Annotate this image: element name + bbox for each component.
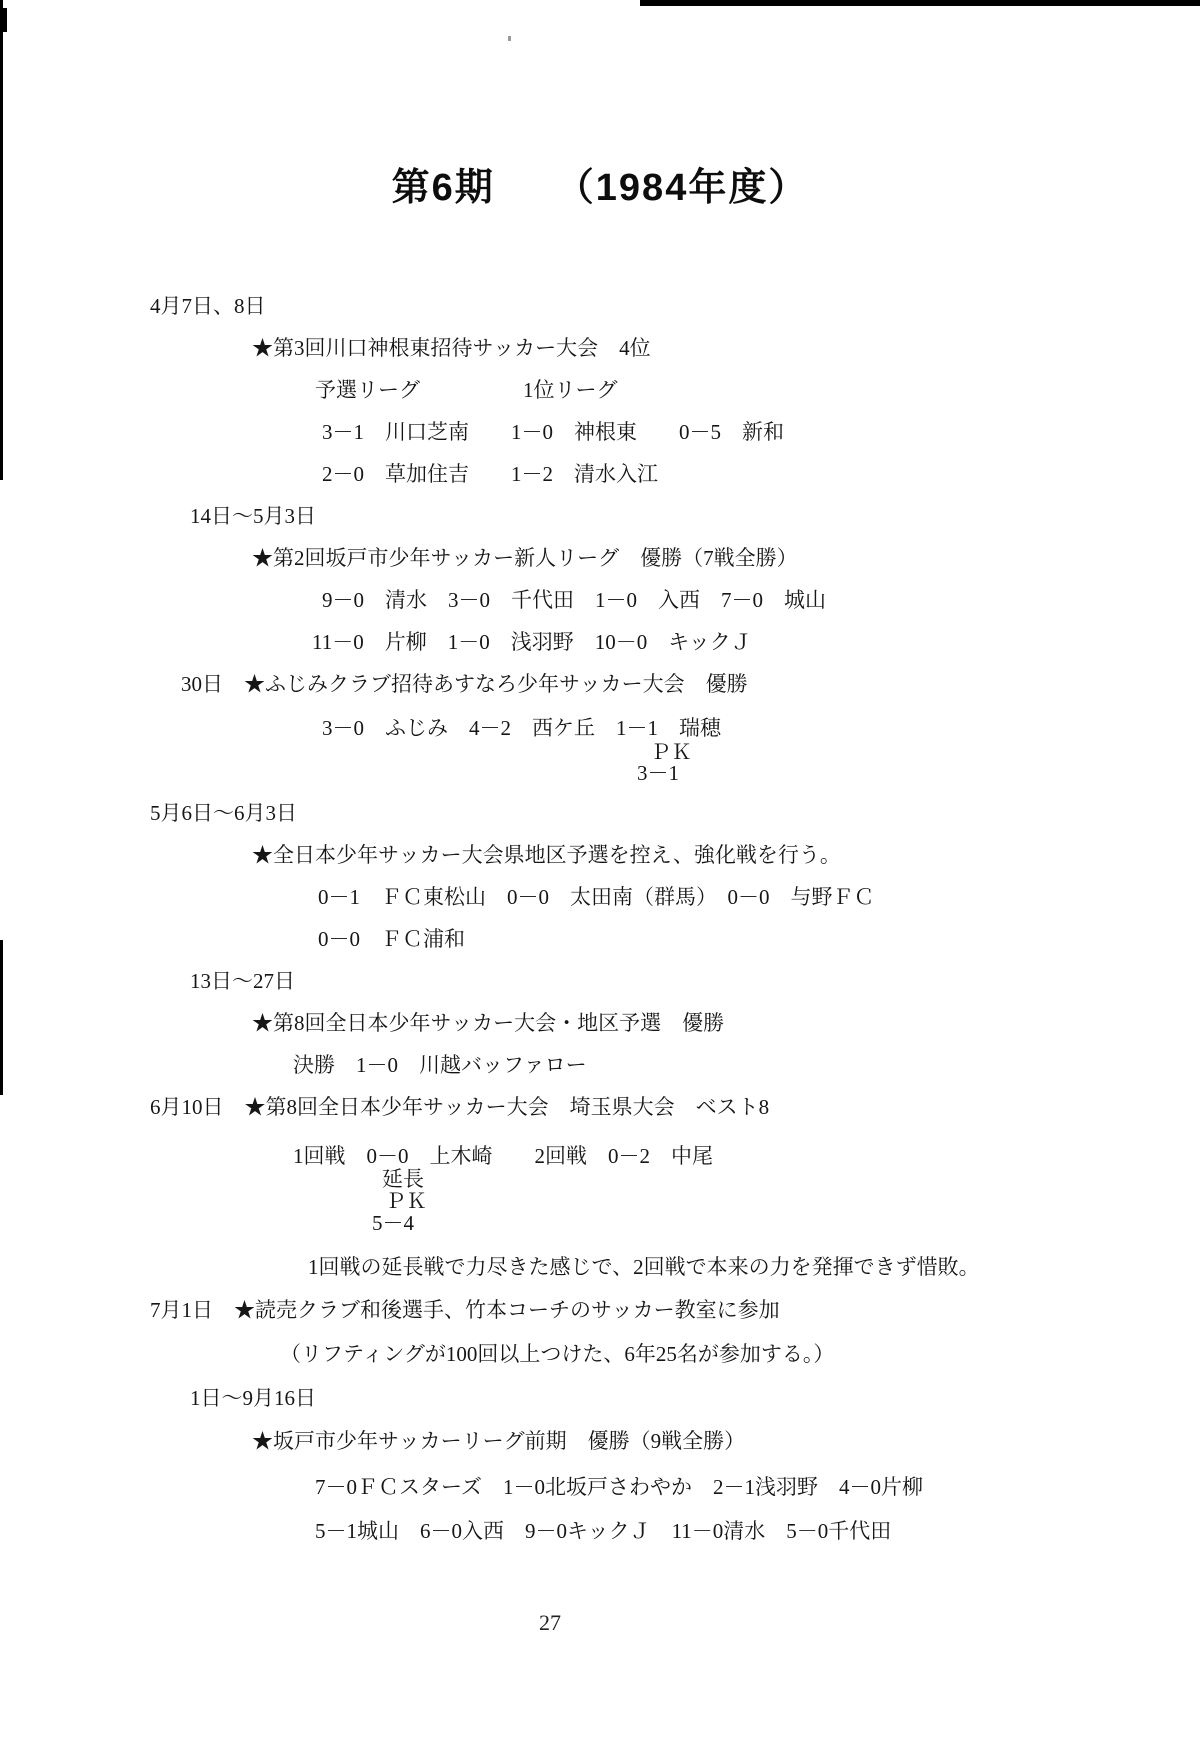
score-line: 3－0 ふじみ 4－2 西ケ丘 1－1 瑞穂 <box>322 715 721 741</box>
page-title: 第6期 （1984年度） <box>0 156 1200 211</box>
score-line: 0－0 ＦＣ浦和 <box>318 926 465 952</box>
pk-score: 5－4 <box>372 1210 414 1236</box>
score-line: 7－0ＦＣスターズ 1－0北坂戸さわやか 2－1浅羽野 4－0片柳 <box>315 1474 923 1500</box>
scan-artifact-left-bar-top <box>0 0 3 480</box>
page-number: 27 <box>515 1610 585 1636</box>
scan-artifact-top-bar <box>640 0 1200 6</box>
scan-artifact-left-bar-bottom <box>0 940 3 1095</box>
league-label-preliminary: 予選リーグ <box>315 377 420 403</box>
date-line: 1日～9月16日 <box>190 1385 316 1411</box>
pk-score: 3－1 <box>637 760 679 786</box>
event-line: ★第3回川口神根東招待サッカー大会 4位 <box>252 335 651 361</box>
date-line: 5月6日～6月3日 <box>150 800 297 826</box>
event-line: ★第2回坂戸市少年サッカー新人リーグ 優勝（7戦全勝） <box>252 545 798 571</box>
date-line: 4月7日、8日 <box>150 293 266 319</box>
score-line: 3－1 川口芝南 1－0 神根東 0－5 新和 <box>322 419 784 445</box>
score-line: 5－1城山 6－0入西 9－0キックＪ 11－0清水 5－0千代田 <box>315 1518 891 1544</box>
scan-artifact-left-nub <box>0 8 7 32</box>
event-line: ★第8回全日本少年サッカー大会・地区予選 優勝 <box>252 1010 724 1036</box>
score-line: 11－0 片柳 1－0 浅羽野 10－0 キックＪ <box>312 629 752 655</box>
document-page: 第6期 （1984年度） 4月7日、8日 ★第3回川口神根東招待サッカー大会 4… <box>0 0 1200 1746</box>
event-line: 30日 ★ふじみクラブ招待あすなろ少年サッカー大会 優勝 <box>181 671 748 697</box>
date-line: 13日～27日 <box>190 968 295 994</box>
event-line: 6月10日 ★第8回全日本少年サッカー大会 埼玉県大会 ベスト8 <box>150 1094 769 1120</box>
league-label-first-place: 1位リーグ <box>523 377 618 403</box>
scan-speck <box>508 36 511 41</box>
score-line: 決勝 1－0 川越バッファロー <box>293 1052 587 1078</box>
note-line: 1回戦の延長戦で力尽きた感じで、2回戦で本来の力を発揮できず惜敗。 <box>308 1254 980 1280</box>
score-line: 2－0 草加住吉 1－2 清水入江 <box>322 461 658 487</box>
event-line: ★坂戸市少年サッカーリーグ前期 優勝（9戦全勝） <box>252 1428 745 1454</box>
score-line: 0－1 ＦＣ東松山 0－0 太田南（群馬） 0－0 与野ＦＣ <box>318 884 875 910</box>
score-line: 1回戦 0－0 上木崎 2回戦 0－2 中尾 <box>293 1143 713 1169</box>
event-line: ★全日本少年サッカー大会県地区予選を控え、強化戦を行う。 <box>252 842 841 868</box>
date-line: 14日～5月3日 <box>190 503 316 529</box>
note-line: （リフティングが100回以上つけた、6年25名が参加する。） <box>280 1341 834 1367</box>
score-line: 9－0 清水 3－0 千代田 1－0 入西 7－0 城山 <box>322 587 826 613</box>
event-line: 7月1日 ★読売クラブ和後選手、竹本コーチのサッカー教室に参加 <box>150 1297 780 1323</box>
